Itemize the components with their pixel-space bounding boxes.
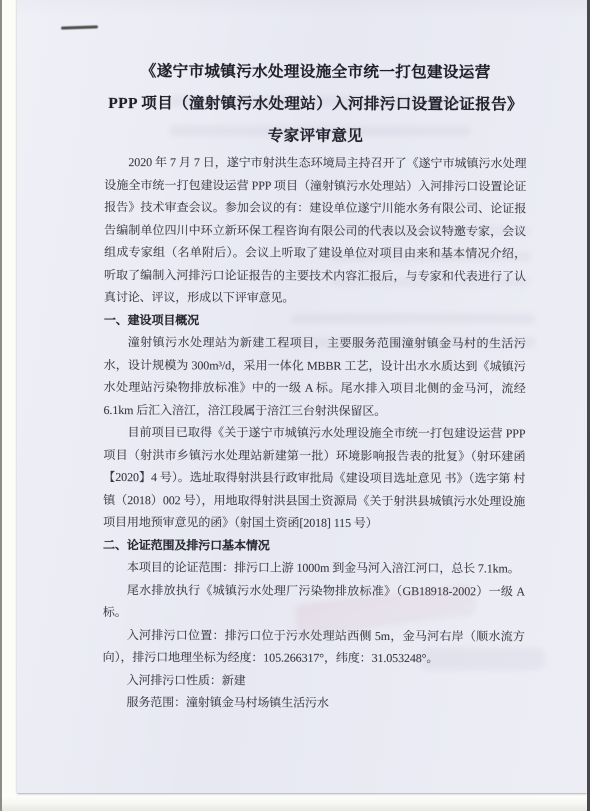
section-heading: 二、论证范围及排污口基本情况 — [103, 533, 525, 557]
scan-margin-left — [0, 0, 17, 811]
scan-margin-bottom — [0, 794, 590, 811]
bleed-through-artifact — [290, 314, 535, 356]
scan-edge-left — [0, 0, 2, 811]
paragraph: 入河排污口性质：新建 — [103, 668, 525, 692]
paragraph: 本项目的论证范围：排污口上游 1000m 到金马河入涪江河口，总长 7.1km。 — [103, 556, 525, 580]
paragraph: 服务范围：潼射镇金马村场镇生活污水 — [102, 691, 524, 715]
bleed-through-artifact — [330, 226, 530, 286]
title-line-1: 《遂宁市城镇污水处理设施全市统一打包建设运营 — [105, 56, 527, 89]
bleed-through-artifact — [170, 96, 470, 154]
bleed-through-artifact — [420, 648, 545, 670]
scanned-document: 《遂宁市城镇污水处理设施全市统一打包建设运营 PPP 项目（潼射镇污水处理站）入… — [0, 0, 590, 811]
paragraph: 目前项目已取得《关于遂宁市城镇污水处理设施全市统一打包建设运营 PPP 项目（射… — [103, 421, 525, 535]
